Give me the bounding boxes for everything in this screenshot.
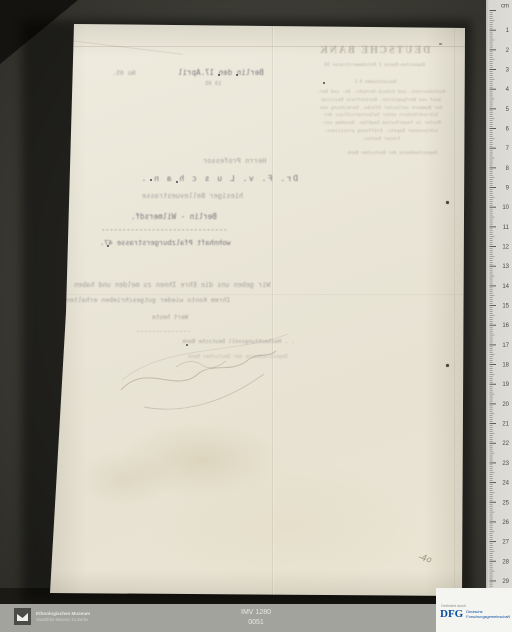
ruler: cm12345678910111213141516171819202122232… [486, 0, 512, 606]
svg-text:16: 16 [502, 323, 509, 329]
svg-text:15: 15 [502, 304, 509, 310]
svg-text:1: 1 [506, 28, 510, 34]
ruler-scale: cm12345678910111213141516171819202122232… [486, 0, 512, 606]
punch-hole [446, 364, 449, 367]
svg-text:7: 7 [506, 146, 510, 152]
ink-speck [236, 74, 238, 76]
svg-text:10: 10 [502, 205, 509, 211]
footer-bar: Ethnologisches Museum Staatliche Museen … [0, 604, 512, 632]
dfg-full-name: Deutsche Forschungsgemeinschaft [466, 610, 509, 619]
svg-text:5: 5 [506, 107, 510, 113]
ink-speck [323, 82, 325, 84]
svg-text:19: 19 [502, 382, 509, 388]
svg-text:27: 27 [502, 540, 509, 546]
document-page: No 05. Berlin den 17.April 19 05 DEUTSCH… [26, 22, 470, 600]
svg-text:2: 2 [506, 48, 510, 54]
svg-text:11: 11 [503, 225, 510, 231]
dfg-name-line2: Forschungsgemeinschaft [466, 615, 509, 620]
svg-text:18: 18 [502, 363, 509, 369]
ink-speck [176, 181, 178, 183]
svg-text:3: 3 [506, 68, 510, 74]
pencil-speck [439, 43, 442, 45]
svg-text:4: 4 [506, 87, 510, 93]
svg-text:21: 21 [502, 422, 509, 428]
svg-text:22: 22 [502, 441, 509, 447]
svg-text:17: 17 [502, 343, 509, 349]
svg-text:25: 25 [502, 500, 509, 506]
svg-text:14: 14 [502, 284, 509, 290]
dfg-logo-text: DFG [440, 609, 463, 620]
dfg-logo-block: Gefördert durch DFG Deutsche Forschungsg… [436, 588, 512, 632]
svg-text:cm: cm [501, 4, 509, 10]
svg-text:24: 24 [502, 481, 509, 487]
svg-text:12: 12 [502, 245, 509, 251]
photo-stage: No 05. Berlin den 17.April 19 05 DEUTSCH… [0, 0, 512, 632]
svg-text:20: 20 [502, 402, 509, 408]
svg-text:29: 29 [502, 579, 509, 585]
svg-text:23: 23 [502, 461, 509, 467]
svg-text:6: 6 [506, 127, 510, 133]
ink-speck [150, 179, 152, 181]
svg-text:8: 8 [506, 166, 510, 172]
svg-text:13: 13 [502, 264, 509, 270]
svg-text:26: 26 [502, 520, 509, 526]
signature-impression [26, 22, 470, 600]
svg-text:28: 28 [502, 559, 509, 565]
svg-text:9: 9 [506, 186, 510, 192]
ink-speck [107, 245, 109, 247]
punch-hole [446, 201, 449, 204]
ink-speck [218, 74, 220, 76]
ink-speck [186, 344, 188, 346]
